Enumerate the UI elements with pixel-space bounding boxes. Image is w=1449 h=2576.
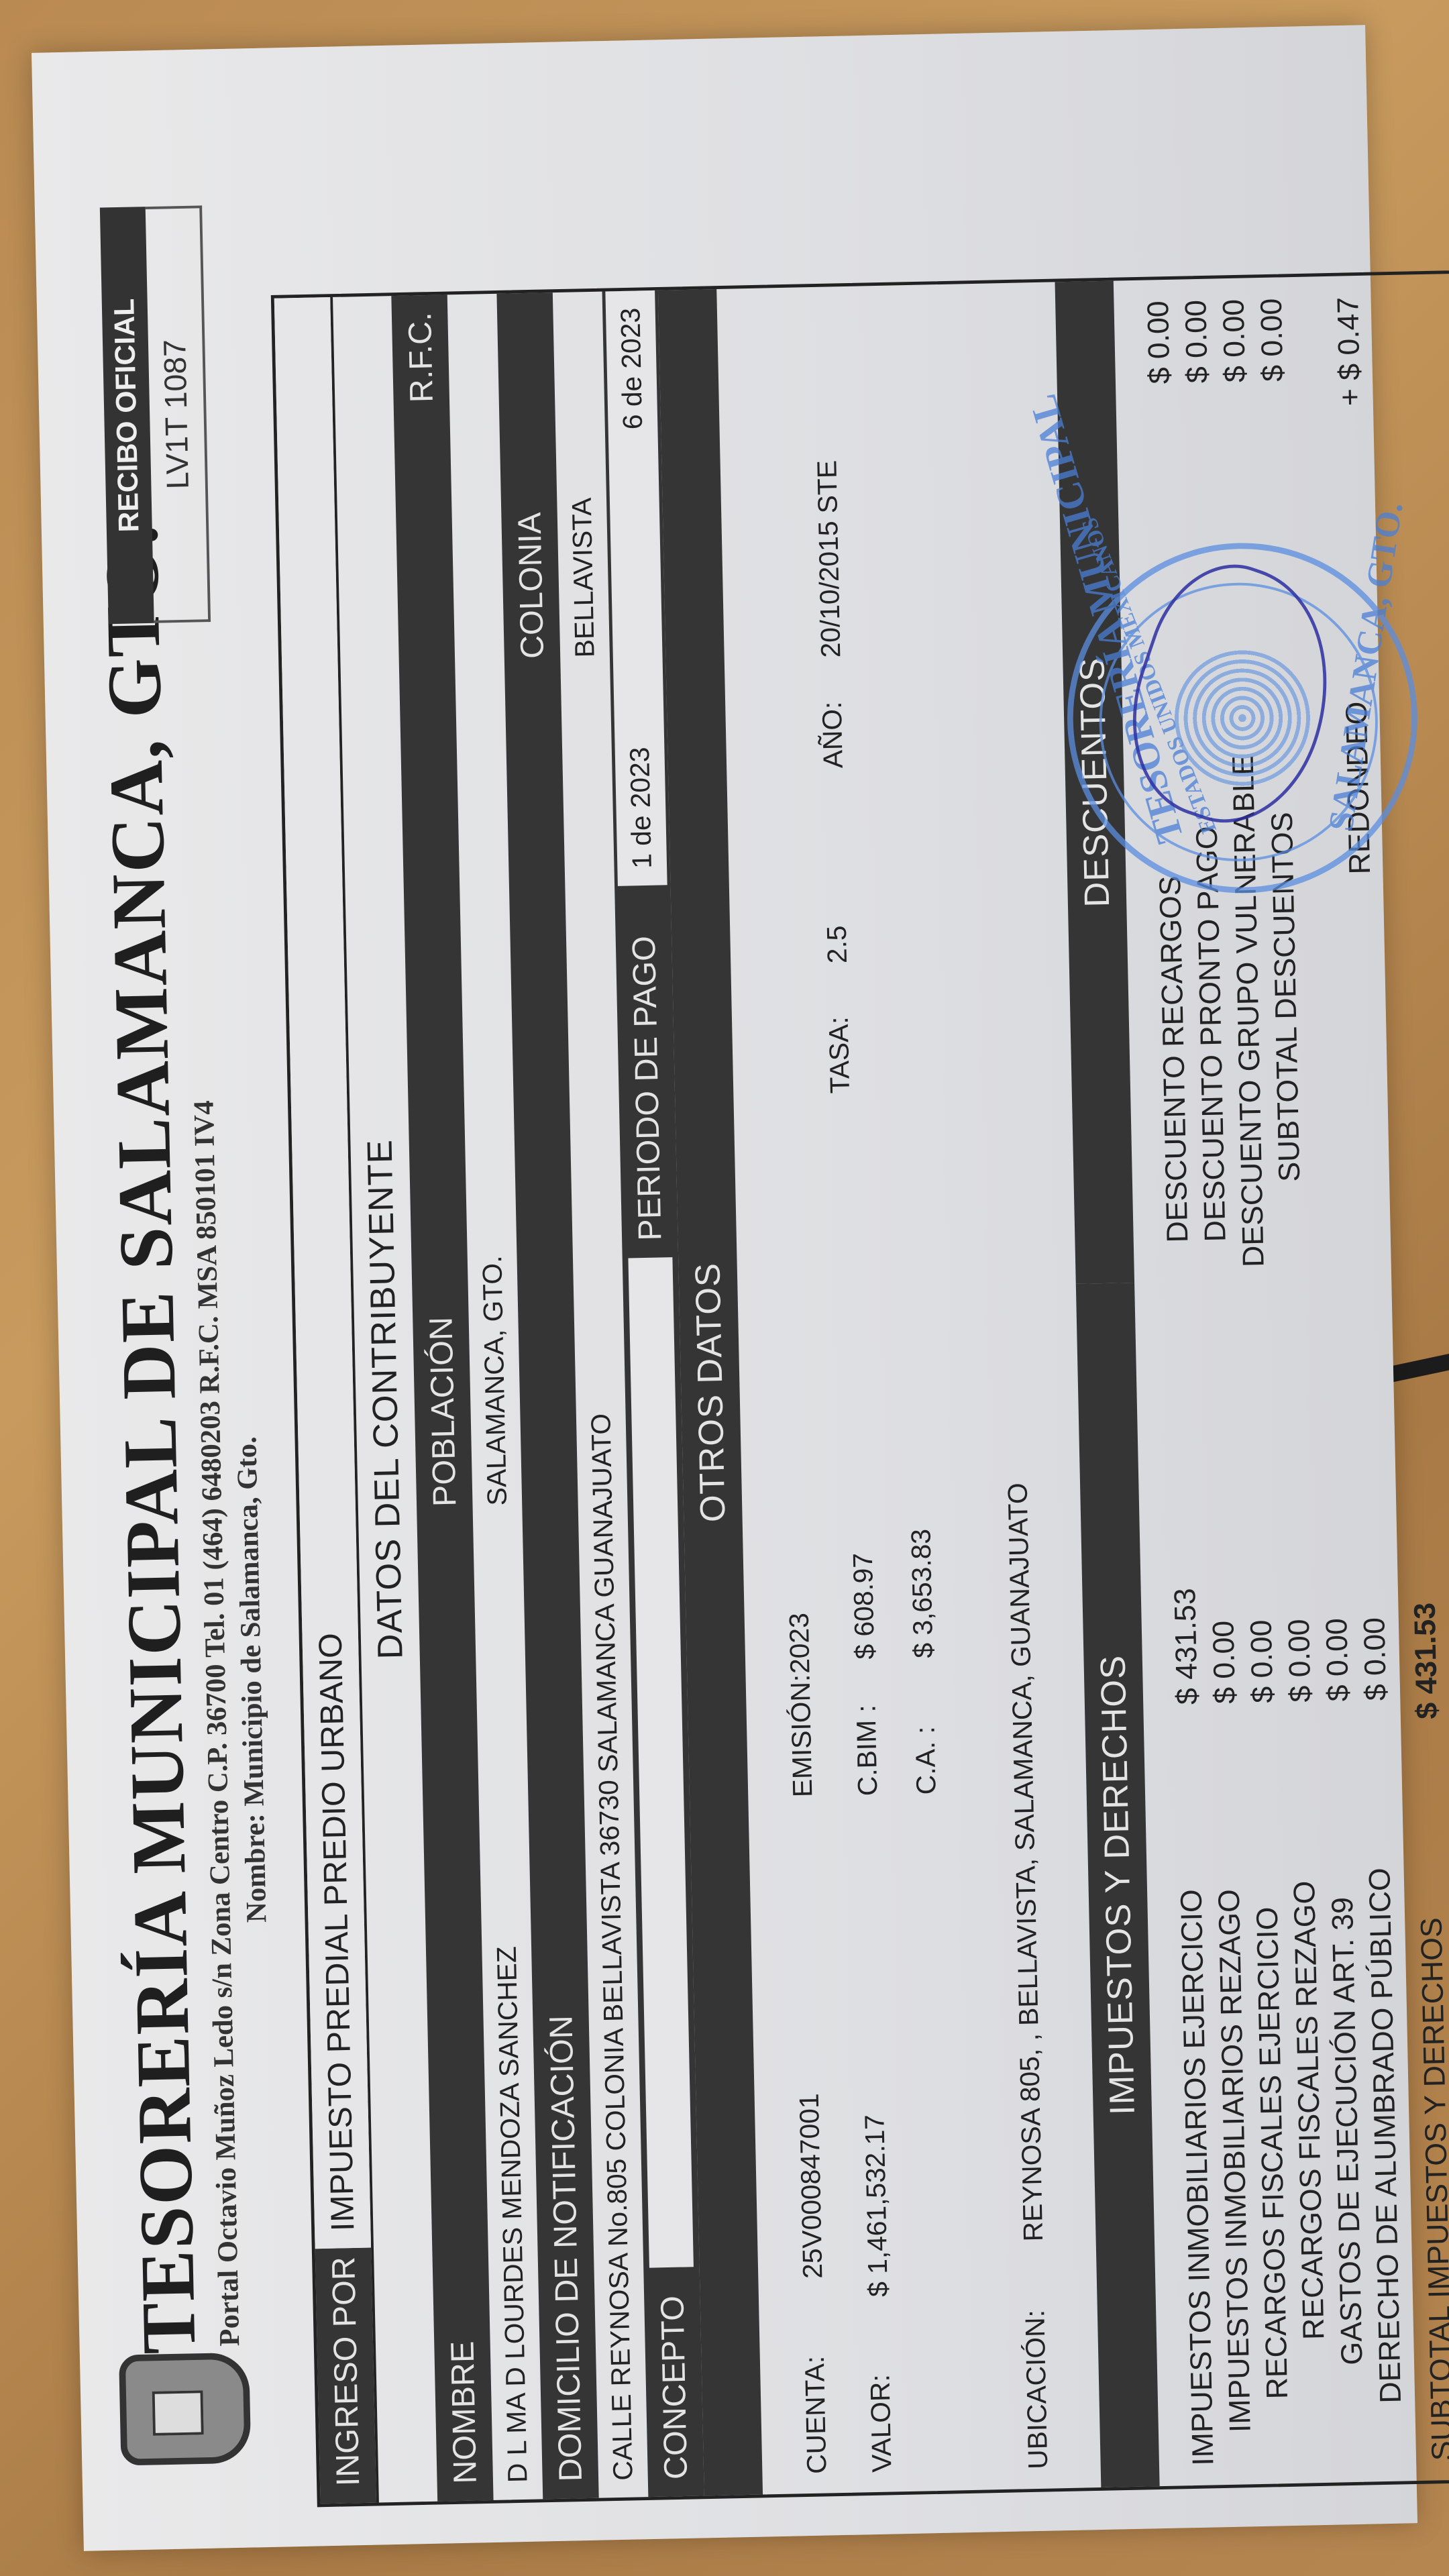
receipt-paper: TESORERÍA MUNICIPAL DE SALAMANCA, GTO. P… <box>32 25 1417 2551</box>
ubicacion-label: UBICACIÓN: <box>1019 2310 1054 2470</box>
impuesto-value: $ 431.53 <box>1167 1588 1204 1705</box>
municipal-crest-icon <box>119 2353 251 2466</box>
impuestos-subtotal-value: $ 431.53 <box>1407 1602 1444 1719</box>
impuesto-label: RECARGOS FISCALES REZAGO <box>1286 1880 1331 2340</box>
receipt-label: RECIBO OFICIAL <box>100 207 154 624</box>
periodo-label: PERIODO DE PAGO <box>614 885 678 1258</box>
valor-value: $ 1,461,532.17 <box>859 2114 894 2298</box>
impuesto-value: $ 0.00 <box>1205 1620 1242 1704</box>
contribuyente-title: DATOS DEL CONTRIBUYENTE <box>350 1122 421 1676</box>
receipt-number-box: RECIBO OFICIAL LV1T 1087 <box>100 205 211 624</box>
impuesto-value: $ 0.00 <box>1318 1618 1355 1702</box>
municipality-name: Nombre: Municipio de Salamanca, Gto. <box>229 1436 273 1923</box>
receipt-number: LV1T 1087 <box>146 205 211 623</box>
redondeo-value: + $ 0.47 <box>1330 297 1367 407</box>
receipt-document: TESORERÍA MUNICIPAL DE SALAMANCA, GTO. P… <box>62 267 1449 2512</box>
ubicacion-value: REYNOSA 805, , BELLAVISTA, SALAMANCA, GU… <box>1002 1483 1049 2242</box>
tasa-value: 2.5 <box>821 925 853 964</box>
emision-label: EMISIÓN: <box>785 1674 818 1797</box>
descuento-value: $ 0.00 <box>1253 298 1290 382</box>
anio-value: 20/10/2015 STE <box>811 460 847 658</box>
concepto-label: CONCEPTO <box>643 2267 704 2497</box>
otros-datos-title: OTROS DATOS <box>678 1245 743 1540</box>
valor-label: VALOR: <box>865 2374 898 2473</box>
ingreso-label: INGRESO POR <box>315 2247 376 2504</box>
impuesto-value: $ 0.00 <box>1243 1619 1280 1703</box>
descuento-label: DESCUENTO RECARGOS <box>1152 875 1195 1243</box>
emision-value: 2023 <box>784 1613 816 1674</box>
tasa-label: TASA: <box>823 1016 856 1094</box>
periodo-values: 1 de 2023 6 de 2023 <box>605 290 667 886</box>
impuestos-subtotal-label: SUBTOTAL IMPUESTOS Y DERECHOS <box>1413 1917 1449 2461</box>
cuenta-label: CUENTA: <box>799 2356 833 2475</box>
anio-label: AÑO: <box>816 701 849 769</box>
descuento-value: $ 0.00 <box>1140 301 1177 384</box>
colonia-header: COLONIA <box>496 292 560 676</box>
impuesto-value: $ 0.00 <box>1356 1617 1393 1701</box>
impuesto-label: GASTOS DE EJECUCIÓN ART. 39 <box>1324 1897 1369 2366</box>
impuesto-label: DERECHO DE ALUMBRADO PÚBLICO <box>1362 1868 1408 2404</box>
ca-value: $ 3,653.83 <box>905 1529 939 1658</box>
otros-datos: CUENTA: 25V000847001 EMISIÓN: 2023 VALOR… <box>716 282 1101 2494</box>
impuestos-column: IMPUESTOS Y DERECHOS IMPUESTOS INMOBILIA… <box>1076 1275 1449 2487</box>
impuesto-value: $ 0.00 <box>1281 1619 1318 1703</box>
colonia-value: BELLAVISTA <box>553 292 610 676</box>
cbim-value: $ 608.97 <box>847 1552 881 1660</box>
periodo-fin: 6 de 2023 <box>614 307 648 429</box>
rfc-header: R.F.C. <box>391 294 454 645</box>
descuento-value: $ 0.00 <box>1177 300 1214 384</box>
rfc-value <box>463 294 488 643</box>
descuento-value: $ 0.00 <box>1216 299 1252 382</box>
periodo-inicio: 1 de 2023 <box>624 747 657 869</box>
cuenta-value: 25V000847001 <box>794 2093 828 2279</box>
cbim-label: C.BIM : <box>851 1705 883 1796</box>
ca-label: C.A. : <box>910 1726 943 1795</box>
impuestos-list: IMPUESTOS INMOBILIARIOS EJERCICIO$ 431.5… <box>1134 1275 1449 2486</box>
